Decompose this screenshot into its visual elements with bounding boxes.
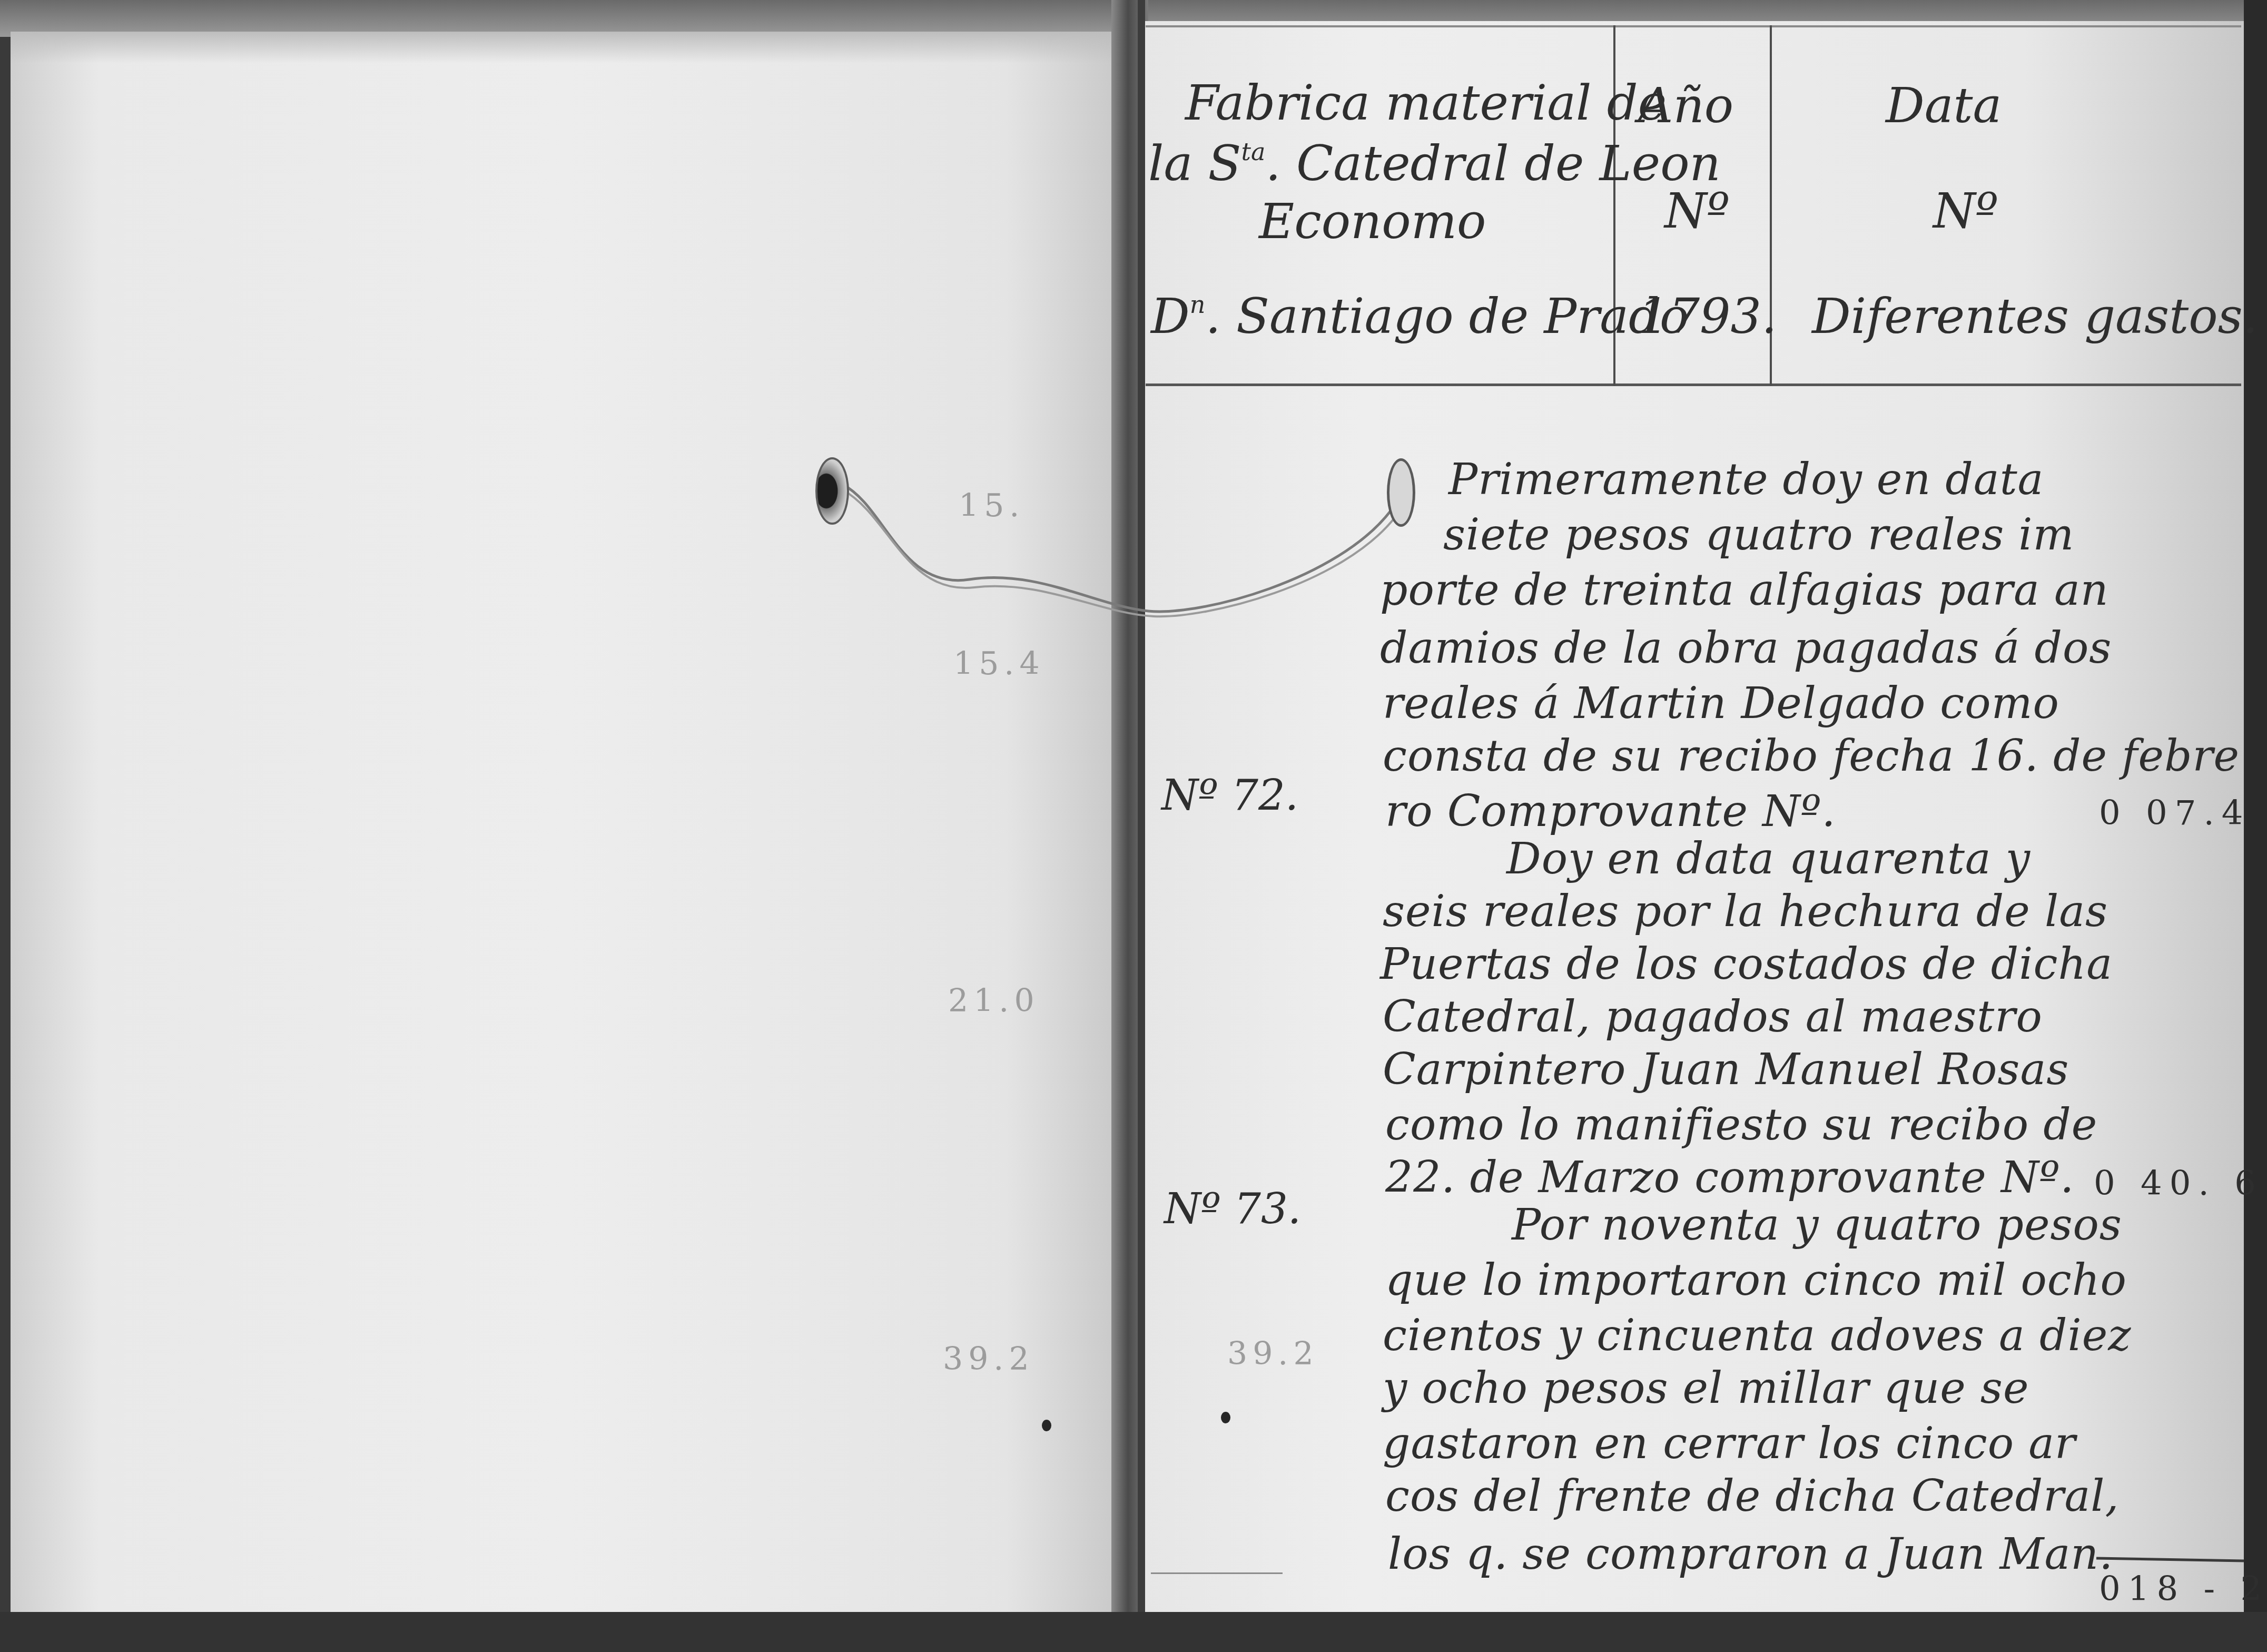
bleed-through-number: 15.4 xyxy=(953,648,1045,680)
entry-line: Puertas de los costados de dicha xyxy=(1380,943,2113,986)
left-page xyxy=(11,32,1117,1617)
gutter-shadow xyxy=(1138,0,1145,1622)
entry-line: seis reales por la hechura de las xyxy=(1383,890,2108,933)
left-page-fold xyxy=(11,32,1117,63)
footer-rule xyxy=(1151,1572,1283,1574)
entry-line: 22. de Marzo comprovante Nº. xyxy=(1385,1156,2074,1199)
entry-line: Doy en data quarenta y xyxy=(1506,838,2031,881)
ink-spot xyxy=(1042,1420,1051,1431)
entry-line: siete pesos quatro reales im xyxy=(1443,514,2074,557)
entry-line: damios de la obra pagadas á dos xyxy=(1380,627,2112,670)
voucher-number: Nº 73. xyxy=(1164,1188,1301,1230)
bleed-through-number: 39.2 xyxy=(1227,1338,1319,1370)
year-label: Año xyxy=(1638,82,1733,130)
entry-line: consta de su recibo fecha 16. de febre xyxy=(1383,735,2240,778)
voucher-number: Nº 72. xyxy=(1161,774,1298,817)
entry-amount: 0 40. 6 xyxy=(2094,1167,2263,1201)
carried-total: 018 - 2 xyxy=(2099,1572,2267,1606)
bottom-shadow xyxy=(0,1612,2267,1652)
entry-line: ro Comprovante Nº. xyxy=(1385,790,1836,833)
header-top-rule xyxy=(1146,25,2241,27)
entry-line: Carpintero Juan Manuel Rosas xyxy=(1383,1048,2069,1091)
entry-line: Por noventa y quatro pesos xyxy=(1512,1204,2122,1247)
bleed-through-number: 21.0 xyxy=(948,985,1040,1017)
ink-spot xyxy=(1221,1412,1230,1423)
account-title-line2: la Sta. Catedral de Leon xyxy=(1148,140,1721,188)
seal-ring-right xyxy=(1387,458,1415,527)
account-holder-name: Dn. Santiago de Prado xyxy=(1151,292,1689,341)
year-number-mark: Nº xyxy=(1664,187,1730,235)
scanned-ledger-image: 15. 15.4 21.0 39.2 Fabrica material de l… xyxy=(0,0,2267,1652)
entry-line: reales á Martin Delgado como xyxy=(1383,682,2059,725)
entry-line: y ocho pesos el millar que se xyxy=(1383,1367,2029,1410)
binding-string xyxy=(822,453,1412,622)
entry-line: porte de treinta alfagias para an xyxy=(1380,569,2109,612)
bleed-through-number: 39.2 xyxy=(943,1343,1034,1375)
account-title-line1: Fabrica material de xyxy=(1185,79,1667,127)
entry-line: gastaron en cerrar los cinco ar xyxy=(1383,1422,2076,1466)
entry-line: cos del frente de dicha Catedral, xyxy=(1385,1475,2120,1518)
entry-amount: 0 07.4 xyxy=(2099,796,2251,830)
data-number-mark: Nº xyxy=(1933,187,1998,235)
entry-line: como lo manifiesto su recibo de xyxy=(1385,1104,2097,1147)
header-bottom-rule xyxy=(1146,383,2241,386)
entry-line: Primeramente doy en data xyxy=(1448,458,2044,501)
wax-seal-left xyxy=(815,457,849,525)
entry-line: los q. se compraron a Juan Man. xyxy=(1388,1533,2113,1576)
entry-line: cientos y cincuenta adoves a diez xyxy=(1383,1314,2131,1358)
data-label: Data xyxy=(1886,82,2002,130)
account-role: Economo xyxy=(1259,198,1486,246)
entry-line: Catedral, pagados al maestro xyxy=(1383,996,2043,1039)
data-description: Diferentes gastos. xyxy=(1812,292,2258,341)
year-value: 1793. xyxy=(1638,292,1777,341)
entry-line: que lo importaron cinco mil ocho xyxy=(1385,1259,2127,1302)
